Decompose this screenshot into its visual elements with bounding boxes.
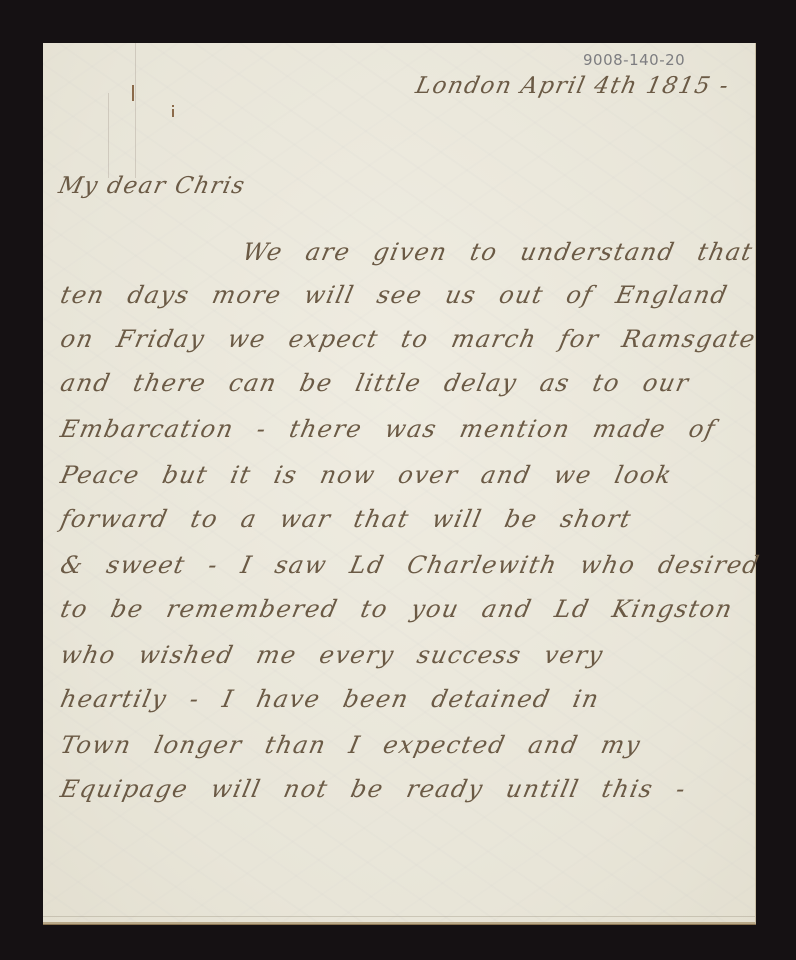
letter-line: Equipage will not be ready untill this - xyxy=(58,775,689,803)
dateline: London April 4th 1815 - xyxy=(413,73,732,99)
faint-ruled-line xyxy=(108,93,109,178)
ink-mark xyxy=(172,109,174,117)
salutation: My dear Chris xyxy=(56,173,248,199)
letter-line: Embarcation - there was mention made of xyxy=(58,415,718,443)
ink-mark xyxy=(132,85,134,101)
letter-line: forward to a war that will be short xyxy=(58,505,635,533)
letter-line: on Friday we expect to march for Ramsgat… xyxy=(58,325,759,353)
letter-line: ten days more will see us out of England xyxy=(58,281,731,309)
ink-mark xyxy=(172,105,174,107)
paper-fold-edge xyxy=(43,916,755,917)
letter-line: & sweet - I saw Ld Charlewith who desire… xyxy=(58,551,763,579)
letter-page: 9008-140-20 London April 4th 1815 - My d… xyxy=(43,43,756,924)
letter-line: to be remembered to you and Ld Kingston xyxy=(58,595,736,623)
letter-line: who wished me every success very xyxy=(58,641,606,669)
faint-ruled-line xyxy=(135,43,136,178)
letter-line: and there can be little delay as to our xyxy=(58,369,692,397)
accession-number: 9008-140-20 xyxy=(583,51,685,69)
letter-line: Town longer than I expected and my xyxy=(58,731,644,759)
letter-line: We are given to understand that xyxy=(240,238,756,266)
letter-line: Peace but it is now over and we look xyxy=(58,461,675,489)
letter-line: heartily - I have been detained in xyxy=(58,685,602,713)
